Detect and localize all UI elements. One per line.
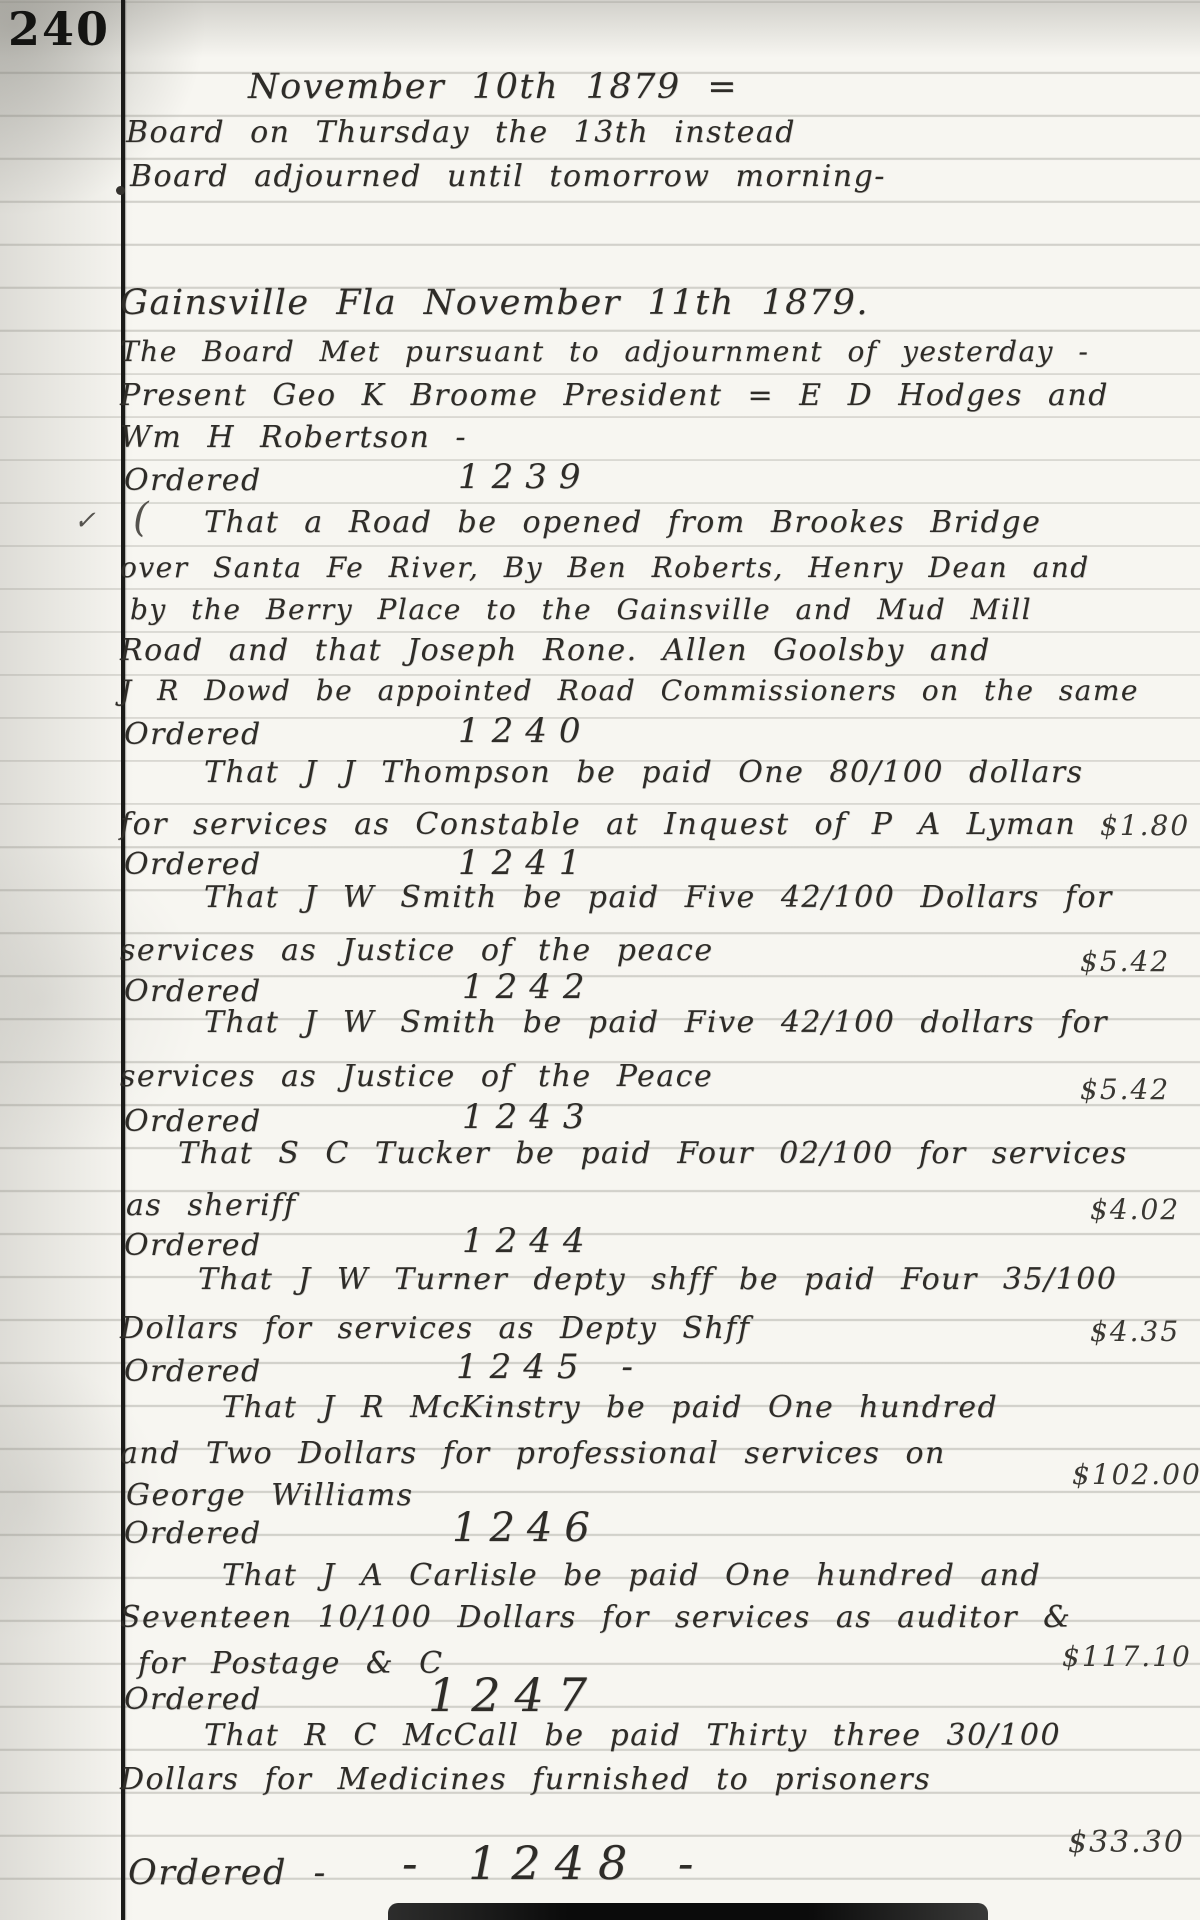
manuscript-line: Dollars for services as Depty Shff bbox=[120, 1314, 750, 1344]
manuscript-line: Seventeen 10/100 Dollars for services as… bbox=[120, 1603, 1071, 1633]
manuscript-line: as sheriff bbox=[126, 1191, 296, 1221]
manuscript-line: That J J Thompson be paid One 80/100 dol… bbox=[204, 758, 1084, 788]
manuscript-line: Board on Thursday the 13th instead bbox=[126, 118, 796, 148]
manuscript-line: Ordered bbox=[124, 1357, 262, 1387]
manuscript-line: Ordered bbox=[124, 1685, 262, 1715]
manuscript-line: That a Road be opened from Brookes Bridg… bbox=[204, 508, 1041, 538]
manuscript-line: The Board Met pursuant to adjournment of… bbox=[120, 338, 1089, 366]
manuscript-line: That J W Smith be paid Five 42/100 dolla… bbox=[204, 1008, 1108, 1038]
manuscript-line: 1242 bbox=[462, 970, 597, 1004]
manuscript-line: Ordered bbox=[124, 1231, 262, 1261]
manuscript-line: That S C Tucker be paid Four 02/100 for … bbox=[178, 1139, 1128, 1169]
manuscript-line: Gainsville Fla November 11th 1879. bbox=[120, 286, 869, 321]
manuscript-line: That J W Turner depty shff be paid Four … bbox=[198, 1265, 1117, 1295]
manuscript-line: Ordered bbox=[124, 850, 262, 880]
manuscript-line: $4.35 bbox=[1090, 1318, 1180, 1346]
manuscript-line: Ordered - bbox=[128, 1856, 327, 1891]
manuscript-line: 1247 bbox=[428, 1672, 601, 1718]
manuscript-line: over Santa Fe River, By Ben Roberts, Hen… bbox=[120, 554, 1090, 582]
manuscript-line: George Williams bbox=[126, 1481, 414, 1511]
manuscript-line: for services as Constable at Inquest of … bbox=[120, 810, 1076, 840]
manuscript-line: 1241 bbox=[458, 846, 593, 880]
manuscript-line: $4.02 bbox=[1090, 1196, 1180, 1224]
scanned-ledger-page: 240 November 10th 1879 =Board on Thursda… bbox=[0, 0, 1200, 1920]
manuscript-line: 1240 bbox=[458, 714, 593, 748]
manuscript-line: ( bbox=[133, 498, 149, 538]
manuscript-line: 1245 - bbox=[456, 1350, 645, 1384]
manuscript-line: ✓ bbox=[74, 508, 96, 534]
manuscript-line: Ordered bbox=[124, 720, 262, 750]
manuscript-line: November 10th 1879 = bbox=[248, 70, 738, 105]
manuscript-line: Ordered bbox=[124, 977, 262, 1007]
manuscript-line: $33.30 bbox=[1068, 1828, 1185, 1858]
manuscript-text-layer: November 10th 1879 =Board on Thursday th… bbox=[0, 0, 1200, 1920]
manuscript-line: That J W Smith be paid Five 42/100 Dolla… bbox=[204, 883, 1113, 913]
scan-edge-smudge bbox=[388, 1903, 988, 1920]
manuscript-line: $5.42 bbox=[1080, 948, 1170, 976]
manuscript-line: That J A Carlisle be paid One hundred an… bbox=[222, 1561, 1041, 1591]
manuscript-line: 1246 bbox=[452, 1508, 602, 1548]
manuscript-line: $1.80 bbox=[1100, 812, 1190, 840]
manuscript-line: Present Geo K Broome President = E D Hod… bbox=[120, 381, 1109, 411]
manuscript-line: 1243 bbox=[462, 1100, 597, 1134]
manuscript-line: Board adjourned until tomorrow morning- bbox=[130, 162, 886, 192]
manuscript-line: $102.00 bbox=[1072, 1461, 1200, 1489]
manuscript-line: Ordered bbox=[124, 1107, 262, 1137]
manuscript-line: That J R McKinstry be paid One hundred bbox=[222, 1393, 998, 1423]
manuscript-line: J R Dowd be appointed Road Commissioners… bbox=[120, 677, 1139, 705]
manuscript-line: Wm H Robertson - bbox=[120, 423, 467, 453]
manuscript-line: 1244 bbox=[462, 1224, 597, 1258]
manuscript-line: Road and that Joseph Rone. Allen Goolsby… bbox=[120, 636, 991, 666]
manuscript-line: $117.10 bbox=[1062, 1643, 1192, 1671]
manuscript-line: services as Justice of the peace bbox=[120, 936, 714, 966]
manuscript-line: - 1248 - bbox=[402, 1840, 707, 1886]
manuscript-line: Ordered bbox=[124, 466, 262, 496]
manuscript-line: Dollars for Medicines furnished to priso… bbox=[120, 1765, 931, 1795]
manuscript-line: 1239 bbox=[458, 460, 593, 494]
manuscript-line: and Two Dollars for professional service… bbox=[120, 1439, 946, 1469]
manuscript-line: for Postage & C bbox=[138, 1649, 444, 1679]
manuscript-line: by the Berry Place to the Gainsville and… bbox=[130, 596, 1032, 624]
manuscript-line: $5.42 bbox=[1080, 1076, 1170, 1104]
manuscript-line: services as Justice of the Peace bbox=[120, 1062, 713, 1092]
manuscript-line: Ordered bbox=[124, 1519, 262, 1549]
manuscript-line: That R C McCall be paid Thirty three 30/… bbox=[204, 1721, 1061, 1751]
